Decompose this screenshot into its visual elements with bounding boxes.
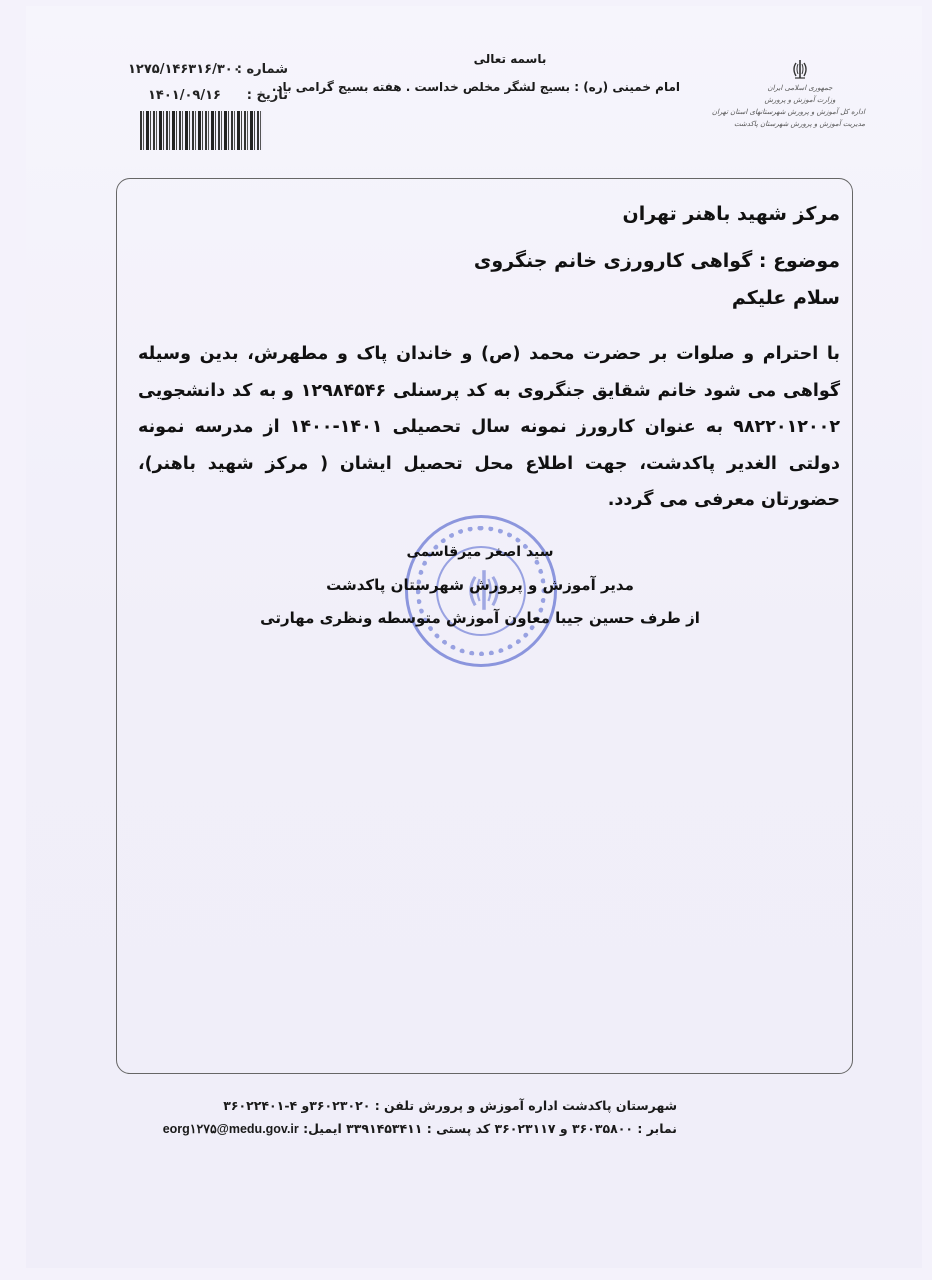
body-paragraph: با احترام و صلوات بر حضرت محمد (ص) و خان… (138, 336, 840, 519)
on-behalf-line: از طرف حسین جیبا معاون آموزش متوسطه ونظر… (250, 609, 710, 627)
barcode-icon (140, 111, 263, 150)
logo-line-ministry: وزارت آموزش و پرورش (735, 94, 865, 106)
logo-line-district: مدیریت آموزش و پرورش شهرستان پاکدشت (735, 118, 865, 130)
footer-address-phone: شهرستان پاکدشت اداره آموزش و پرورش تلفن … (223, 1098, 677, 1113)
logo-line-province: اداره کل آموزش و پرورش شهرستانهای استان … (735, 106, 865, 118)
letter-number-value: ۱۲۷۵/۱۴۶۳۱۶/۳۰۰ (128, 62, 241, 77)
motto-line: امام خمینی (ره) : بسیج لشگر مخلص خداست .… (330, 80, 680, 94)
letter-date-value: ۱۴۰۱/۰۹/۱۶ (148, 88, 221, 103)
letter-date-row: تاریخ : ۱۴۰۱/۰۹/۱۶ (120, 88, 288, 106)
basmala-heading: باسمه تعالی (340, 52, 680, 66)
addressee: مرکز شهید باهنر تهران (623, 203, 841, 225)
logo-line-country: جمهوری اسلامی ایران (735, 82, 865, 94)
footer-fax-postal-email: نمابر : ۳۶۰۳۵۸۰۰ و ۳۶۰۲۳۱۱۷ کد پستی : ۳۳… (163, 1121, 677, 1136)
footer-fax-postal: نمابر : ۳۶۰۳۵۸۰۰ و ۳۶۰۲۳۱۱۷ کد پستی : ۳۳… (303, 1121, 677, 1136)
signatory-title: مدیر آموزش و پرورش شهرستان پاکدشت (250, 576, 710, 594)
iran-emblem-icon (790, 58, 810, 80)
footer-email-link[interactable]: eorg۱۲۷۵@medu.gov.ir (163, 1122, 299, 1136)
subject-line: موضوع : گواهی کارورزی خانم جنگروی (474, 250, 840, 272)
ministry-logo-block: جمهوری اسلامی ایران وزارت آموزش و پرورش … (735, 58, 865, 130)
letter-number-label: شماره : (237, 62, 288, 77)
signatory-name: سید اصغر میرقاسمی (250, 544, 710, 560)
letter-number-row: شماره : ۱۲۷۵/۱۴۶۳۱۶/۳۰۰ (120, 62, 288, 80)
greeting: سلام علیکم (732, 287, 840, 309)
